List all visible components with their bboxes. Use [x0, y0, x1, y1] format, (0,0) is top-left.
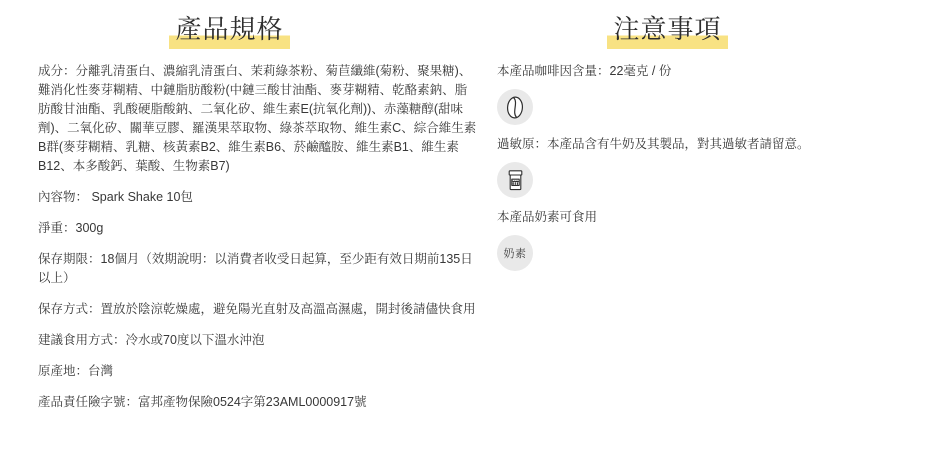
liability-insurance-text: 產品責任險字號：富邦產物保險0524字第23AML0000917號 [38, 393, 478, 412]
shelf-life-text: 保存期限：18個月（效期說明：以消費者收受日起算，至少距有效日期前135日以上） [38, 250, 478, 288]
milk-carton-icon [505, 169, 526, 192]
vegetarian-text: 本產品奶素可食用 [497, 208, 880, 227]
net-weight-text: 淨重：300g [38, 219, 478, 238]
origin-text: 原產地：台灣 [38, 362, 478, 381]
serving-suggestion-text: 建議食用方式：冷水或70度以下溫水沖泡 [38, 331, 478, 350]
ingredients-text: 成分：分離乳清蛋白、濃縮乳清蛋白、茉莉綠茶粉、菊苣纖維(菊粉、聚果糖)、難消化性… [38, 62, 478, 176]
allergen-text: 過敏原：本產品含有牛奶及其製品，對其過敏者請留意。 [497, 135, 880, 154]
coffee-bean-icon [504, 95, 526, 120]
contents-text: 內容物： Spark Shake 10包 [38, 188, 478, 207]
milk-carton-badge [497, 162, 533, 198]
precautions-section: 注意事項 本產品咖啡因含量：22毫克 / 份 過敏原：本產品含有牛奶及其製品，對… [473, 0, 946, 424]
product-info-page: 產品規格 成分：分離乳清蛋白、濃縮乳清蛋白、茉莉綠茶粉、菊苣纖維(菊粉、聚果糖)… [0, 0, 946, 424]
caffeine-content-text: 本產品咖啡因含量：22毫克 / 份 [497, 62, 880, 81]
storage-method-text: 保存方式：置放於陰涼乾燥處，避免陽光直射及高溫高濕處，開封後請儘快食用 [38, 300, 478, 319]
product-specs-heading: 產品規格 [17, 12, 442, 46]
product-specs-title: 產品規格 [169, 14, 289, 49]
product-specs-section: 產品規格 成分：分離乳清蛋白、濃縮乳清蛋白、茉莉綠茶粉、菊苣纖維(菊粉、聚果糖)… [0, 0, 473, 424]
lacto-vegetarian-badge-label: 奶素 [504, 245, 527, 261]
precautions-title: 注意事項 [607, 14, 727, 49]
precautions-heading: 注意事項 [476, 12, 859, 46]
lacto-vegetarian-badge: 奶素 [497, 235, 533, 271]
coffee-bean-badge [497, 89, 533, 125]
